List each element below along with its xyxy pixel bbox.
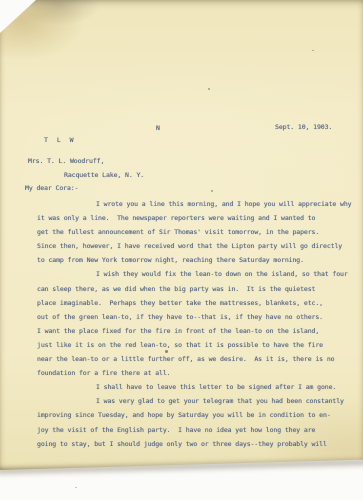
typed-line: out of the green lean-to, if they have t… bbox=[37, 310, 352, 324]
recipient-address: Racquette Lake, N. Y. bbox=[64, 171, 144, 179]
body-lines: I wrote you a line this morning, and I h… bbox=[37, 197, 352, 451]
typed-line: just like it is on the red lean-to, so t… bbox=[37, 338, 352, 352]
paper-speck bbox=[208, 88, 210, 90]
typed-line: place imaginable. Perhaps they better ta… bbox=[37, 296, 352, 310]
typed-line: near the lean-to or a little further off… bbox=[37, 352, 352, 366]
typed-line: I shall have to leave this letter to be … bbox=[37, 380, 352, 394]
paper-speck bbox=[75, 487, 77, 488]
letter-paper: N Sept. 10, 1903. T L W Mrs. T. L. Woodr… bbox=[0, 0, 363, 470]
paper-speck bbox=[165, 350, 168, 353]
typist-initials: T L W bbox=[44, 136, 76, 144]
typed-line: I wish they would fix the lean-to down o… bbox=[37, 267, 352, 281]
salutation: My dear Cora:- bbox=[25, 184, 78, 192]
recipient-name: Mrs. T. L. Woodruff, bbox=[28, 157, 104, 165]
typed-line: to camp from New York tomorrow night, re… bbox=[37, 253, 352, 267]
typed-line: I was very glad to get your telegram tha… bbox=[37, 394, 352, 408]
paper-speck bbox=[312, 50, 314, 51]
paper-speck bbox=[211, 190, 213, 192]
letter-date: Sept. 10, 1903. bbox=[275, 123, 332, 131]
page-mark: N bbox=[156, 124, 160, 132]
typed-line: improving since Tuesday, and hope by Sat… bbox=[37, 408, 352, 422]
typed-line: can sleep there, as we did when the big … bbox=[37, 282, 352, 296]
typed-line: it was only a line. The newspaper report… bbox=[37, 211, 352, 225]
typed-line: going to stay, but I should judge only t… bbox=[37, 437, 352, 451]
typed-line: I wrote you a line this morning, and I h… bbox=[37, 197, 352, 211]
scanned-letter-page: { "letter": { "page_mark": "N", "date": … bbox=[0, 0, 363, 500]
typed-line: foundation for a fire there at all. bbox=[37, 366, 352, 380]
typed-line: get the fullest announcement of Sir Thom… bbox=[37, 225, 352, 239]
typed-line: Since then, however, I have received wor… bbox=[37, 239, 352, 253]
typed-line: I want the place fixed for the fire in f… bbox=[37, 324, 352, 338]
typed-line: joy the visit of the English party. I ha… bbox=[37, 423, 352, 437]
